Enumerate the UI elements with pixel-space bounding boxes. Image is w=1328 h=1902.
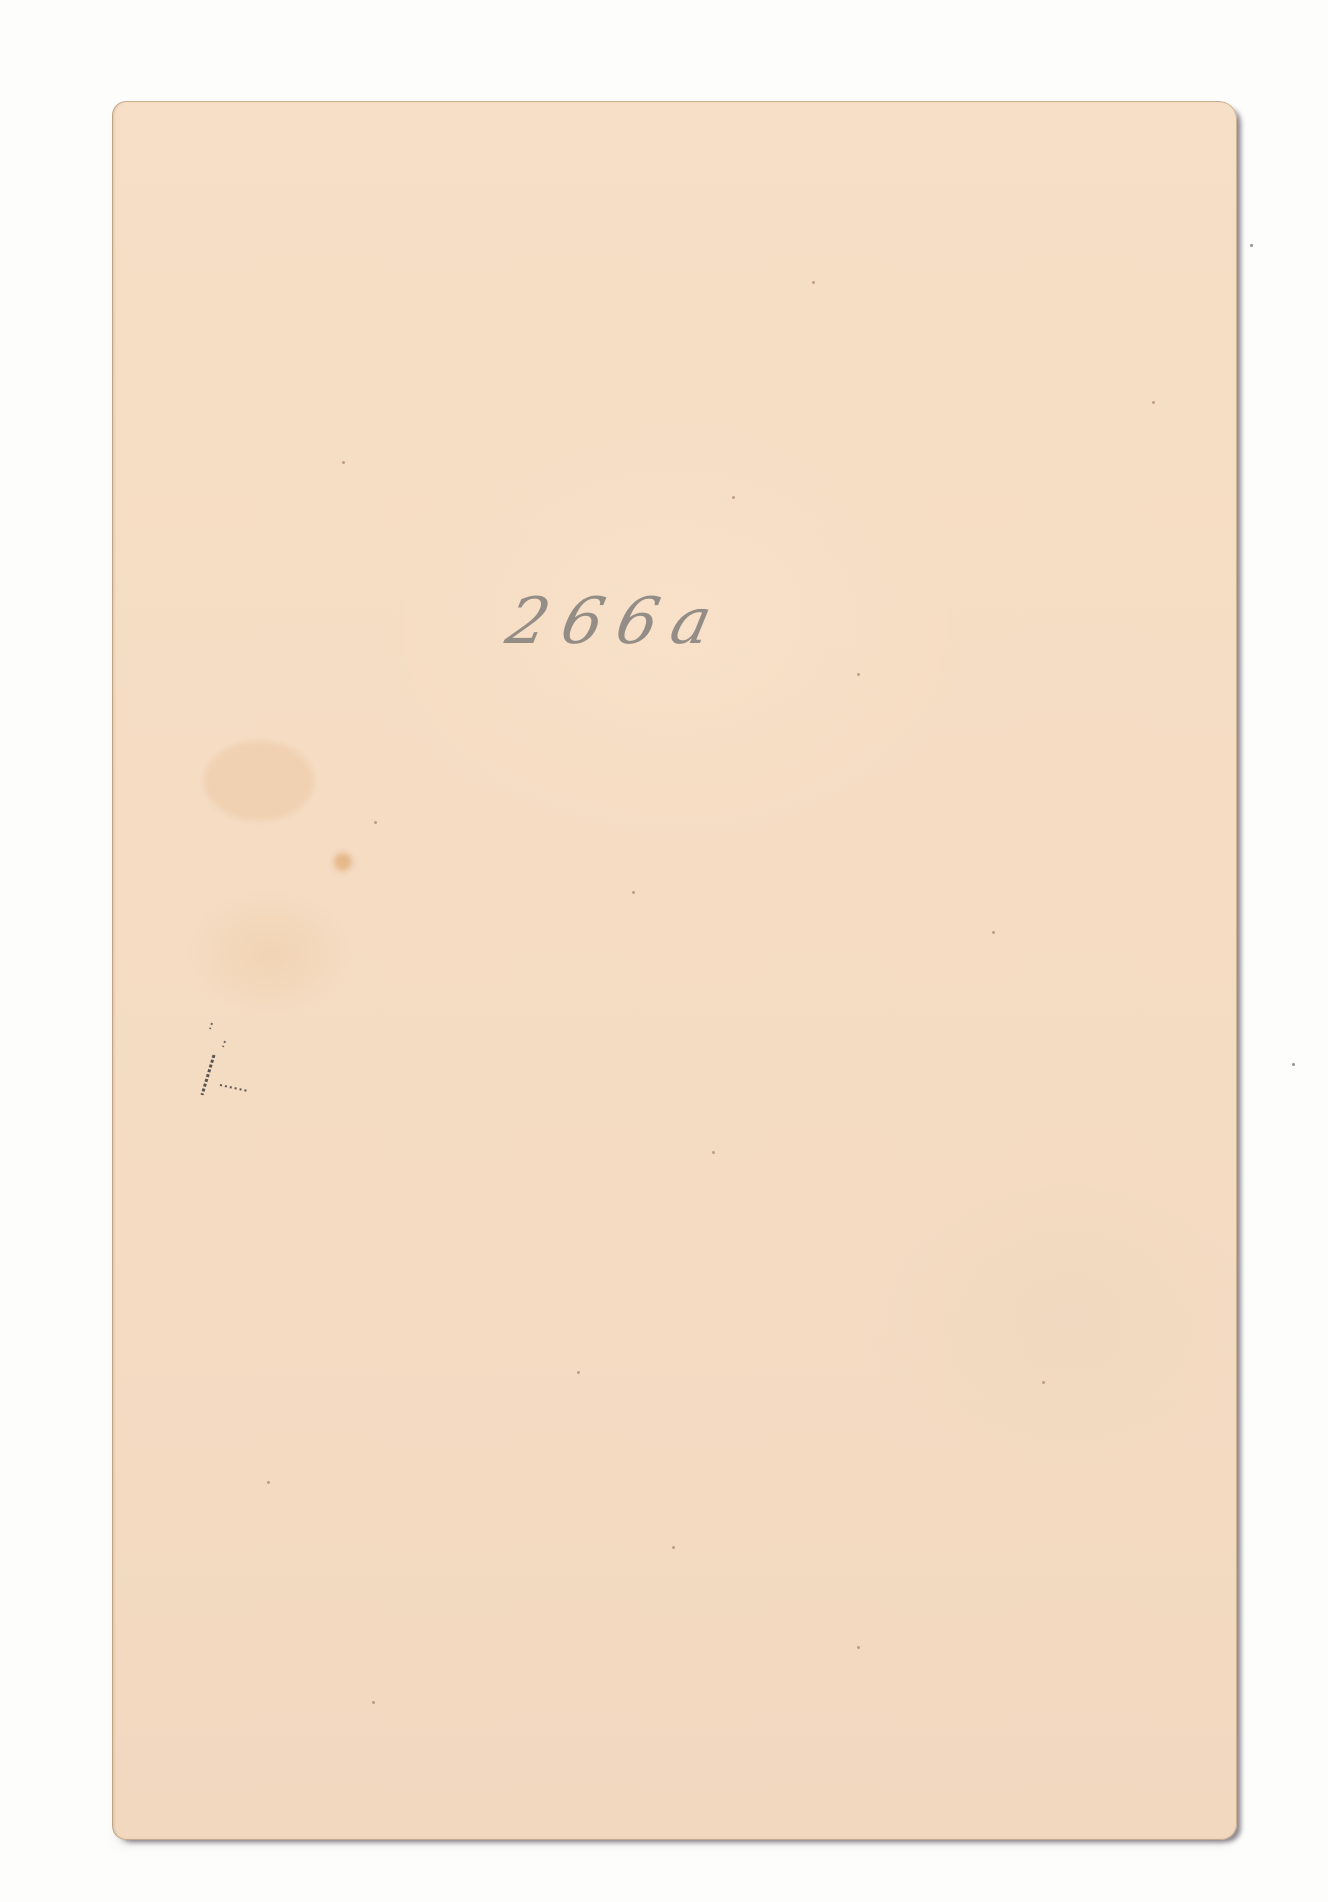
background-speck [1292,1063,1295,1066]
speck [372,1701,375,1704]
speck [1152,401,1155,404]
speck [267,1481,270,1484]
card-back: 266a [112,101,1237,1840]
speck [732,496,735,499]
speck [857,673,860,676]
foxing-stain [334,853,352,871]
speck [1042,1381,1045,1384]
scan-background: 266a [0,0,1328,1902]
background-speck [1250,244,1253,247]
speck [632,891,635,894]
speck [577,1371,580,1374]
handwritten-number: 266a [500,585,732,659]
speck [712,1151,715,1154]
pencil-mark [190,1015,260,1110]
speck [374,821,377,824]
speck [342,461,345,464]
speck [857,1646,860,1649]
speck [992,931,995,934]
foxing-stain [204,741,314,821]
speck [672,1546,675,1549]
speck [812,281,815,284]
